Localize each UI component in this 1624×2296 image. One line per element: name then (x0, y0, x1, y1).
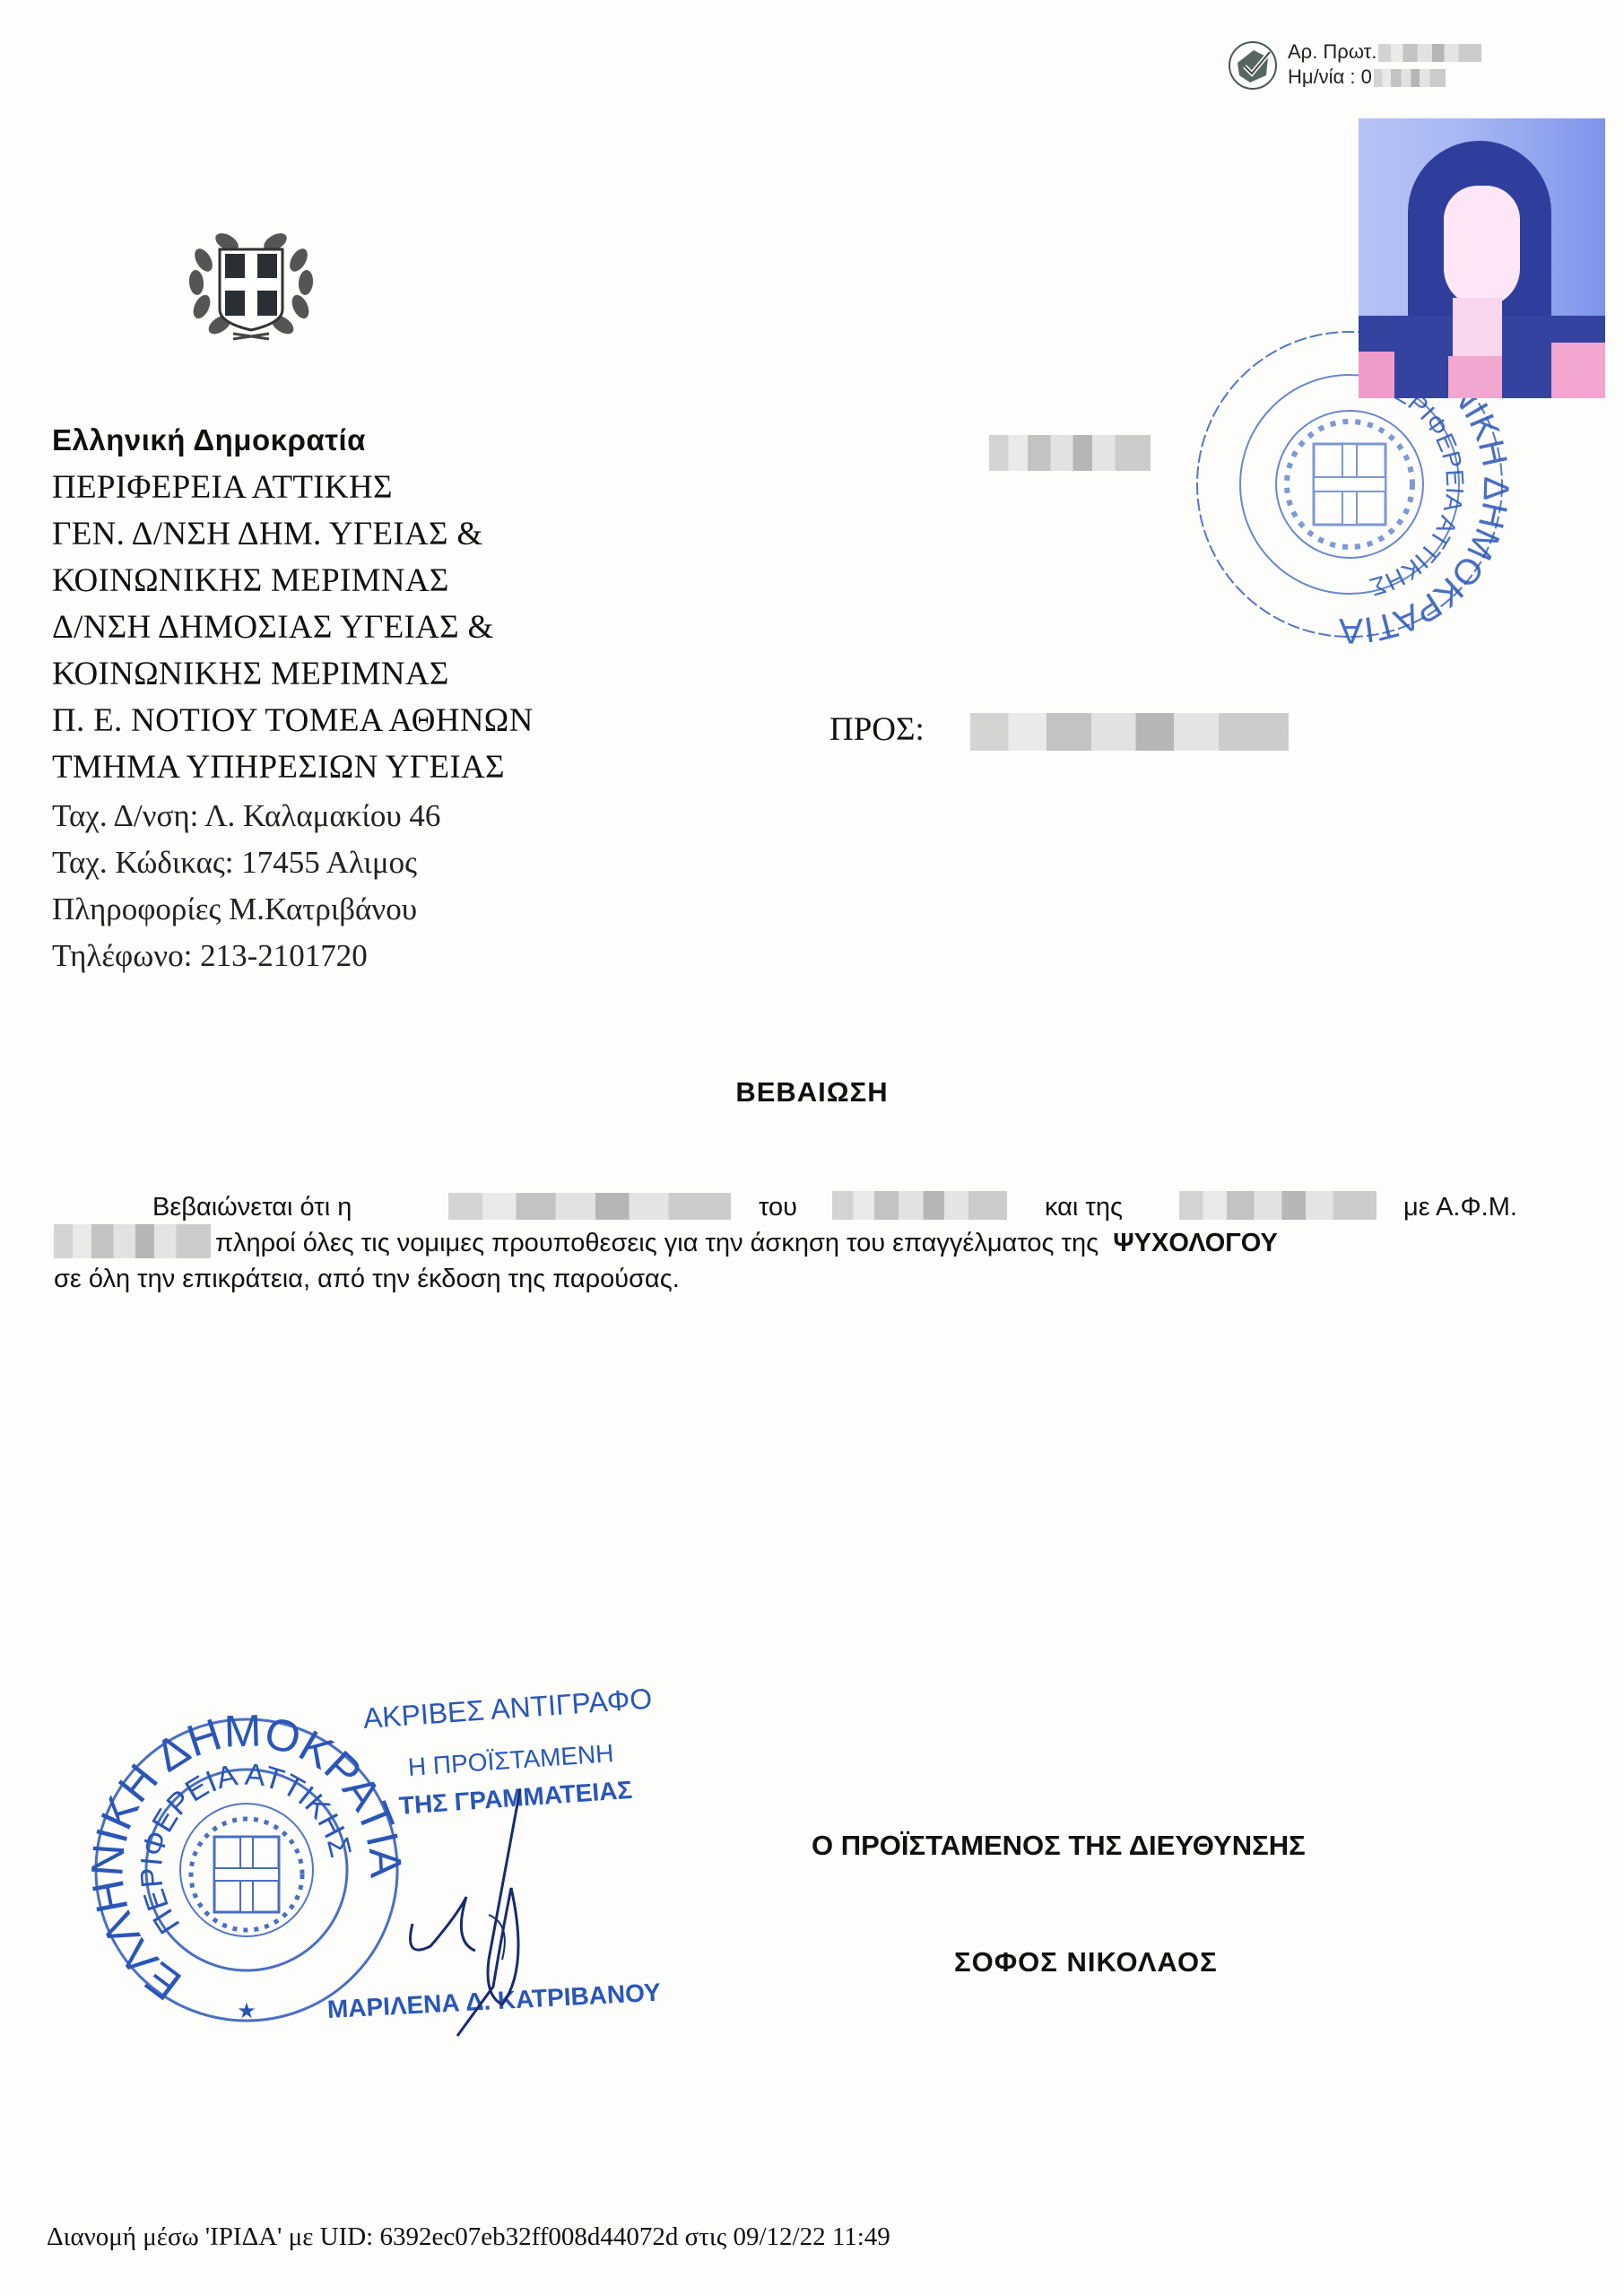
body-text-mother: και της (1045, 1193, 1123, 1222)
header-line: ΠΕΡΙΦΕΡΕΙΑ ΑΤΤΙΚΗΣ (52, 468, 393, 507)
protocol-number-label: Αρ. Πρωτ. (1288, 40, 1376, 63)
body-text-taxid: με Α.Φ.Μ. (1403, 1193, 1517, 1222)
body-text-requirements: πληροί όλες τις νομιμες προυποθεσεις για… (215, 1229, 1278, 1258)
header-line: ΚΟΙΝΩΝΙΚΗΣ ΜΕΡΙΜΝΑΣ (52, 655, 449, 693)
svg-text:★: ★ (237, 2000, 256, 2023)
redacted-recipient-city (989, 435, 1151, 471)
document-title: ΒΕΒΑΙΩΣΗ (0, 1076, 1624, 1109)
address-phone: Τηλέφωνο: 213-2101720 (52, 938, 368, 974)
body-text-father: του (759, 1193, 797, 1222)
to-label: ΠΡΟΣ: (829, 710, 925, 749)
republic-title: Ελληνική Δημοκρατία (52, 423, 366, 457)
body-text-validity: σε όλη την επικράτεια, από την έκδοση τη… (54, 1265, 680, 1294)
certified-copy-label: ΑΚΡΙΒΕΣ ΑΝΤΙΓΡΑΦΟ (362, 1683, 654, 1735)
redacted-father-name (832, 1191, 1007, 1220)
header-line: ΤΜΗΜΑ ΥΠΗΡΕΣΙΩΝ ΥΓΕΙΑΣ (52, 748, 505, 787)
protocol-info: Αρ. Πρωτ. Ημ/νία : 0 (1288, 39, 1481, 90)
distribution-footer: Διανομή μέσω 'ΙΡΙΔΑ' με UID: 6392ec07eb3… (47, 2222, 890, 2252)
redacted-mother-name (1179, 1191, 1376, 1220)
address-postcode: Ταχ. Κώδικας: 17455 Αλιμος (52, 845, 417, 881)
body-text-start: Βεβαιώνεται ότι η (152, 1193, 352, 1222)
redacted-protocol-date (1374, 69, 1446, 87)
header-line: Δ/ΝΣΗ ΔΗΜΟΣΙΑΣ ΥΓΕΙΑΣ & (52, 608, 494, 647)
address-street: Ταχ. Δ/νση: Λ. Καλαμακίου 46 (52, 798, 440, 834)
certified-supervisor-label: Η ΠΡΟΪΣΤΑΜΕΝΗ (407, 1739, 615, 1782)
profession: ΨΥΧΟΛΟΓΟΥ (1113, 1229, 1278, 1257)
handwritten-signature (404, 1780, 583, 2040)
redacted-applicant-name (448, 1193, 731, 1220)
redacted-protocol-number (1378, 44, 1481, 62)
redacted-tax-id (54, 1224, 211, 1258)
requirements-text: πληροί όλες τις νομιμες προυποθεσεις για… (215, 1229, 1099, 1257)
header-line: ΚΟΙΝΩΝΙΚΗΣ ΜΕΡΙΜΝΑΣ (52, 561, 449, 600)
address-contact: Πληροφορίες Μ.Κατριβάνου (52, 891, 417, 927)
applicant-photo (1359, 118, 1605, 398)
director-name: ΣΟΦΟΣ ΝΙΚΟΛΑΟΣ (954, 1946, 1218, 1979)
redacted-recipient-name (970, 713, 1289, 751)
protocol-date-label: Ημ/νία : 0 (1288, 65, 1372, 88)
header-line: ΓΕΝ. Δ/ΝΣΗ ΔΗΜ. ΥΓΕΙΑΣ & (52, 515, 483, 553)
header-line: Π. Ε. ΝΟΤΙΟΥ ΤΟΜΕΑ ΑΘΗΝΩΝ (52, 701, 534, 740)
director-title: Ο ΠΡΟΪΣΤΑΜΕΝΟΣ ΤΗΣ ΔΙΕΥΘΥΝΣΗΣ (812, 1830, 1306, 1862)
greek-coat-of-arms-icon (184, 224, 318, 345)
protocol-check-logo-icon (1227, 39, 1279, 91)
official-stamp-bottom: ΕΛΛΗΝΙΚΗ ΔΗΜΟΚΡΑΤΙΑ ΠΕΡΙΦΕΡΕΙΑ ΑΤΤΙΚΗΣ ★ (85, 1709, 408, 2031)
